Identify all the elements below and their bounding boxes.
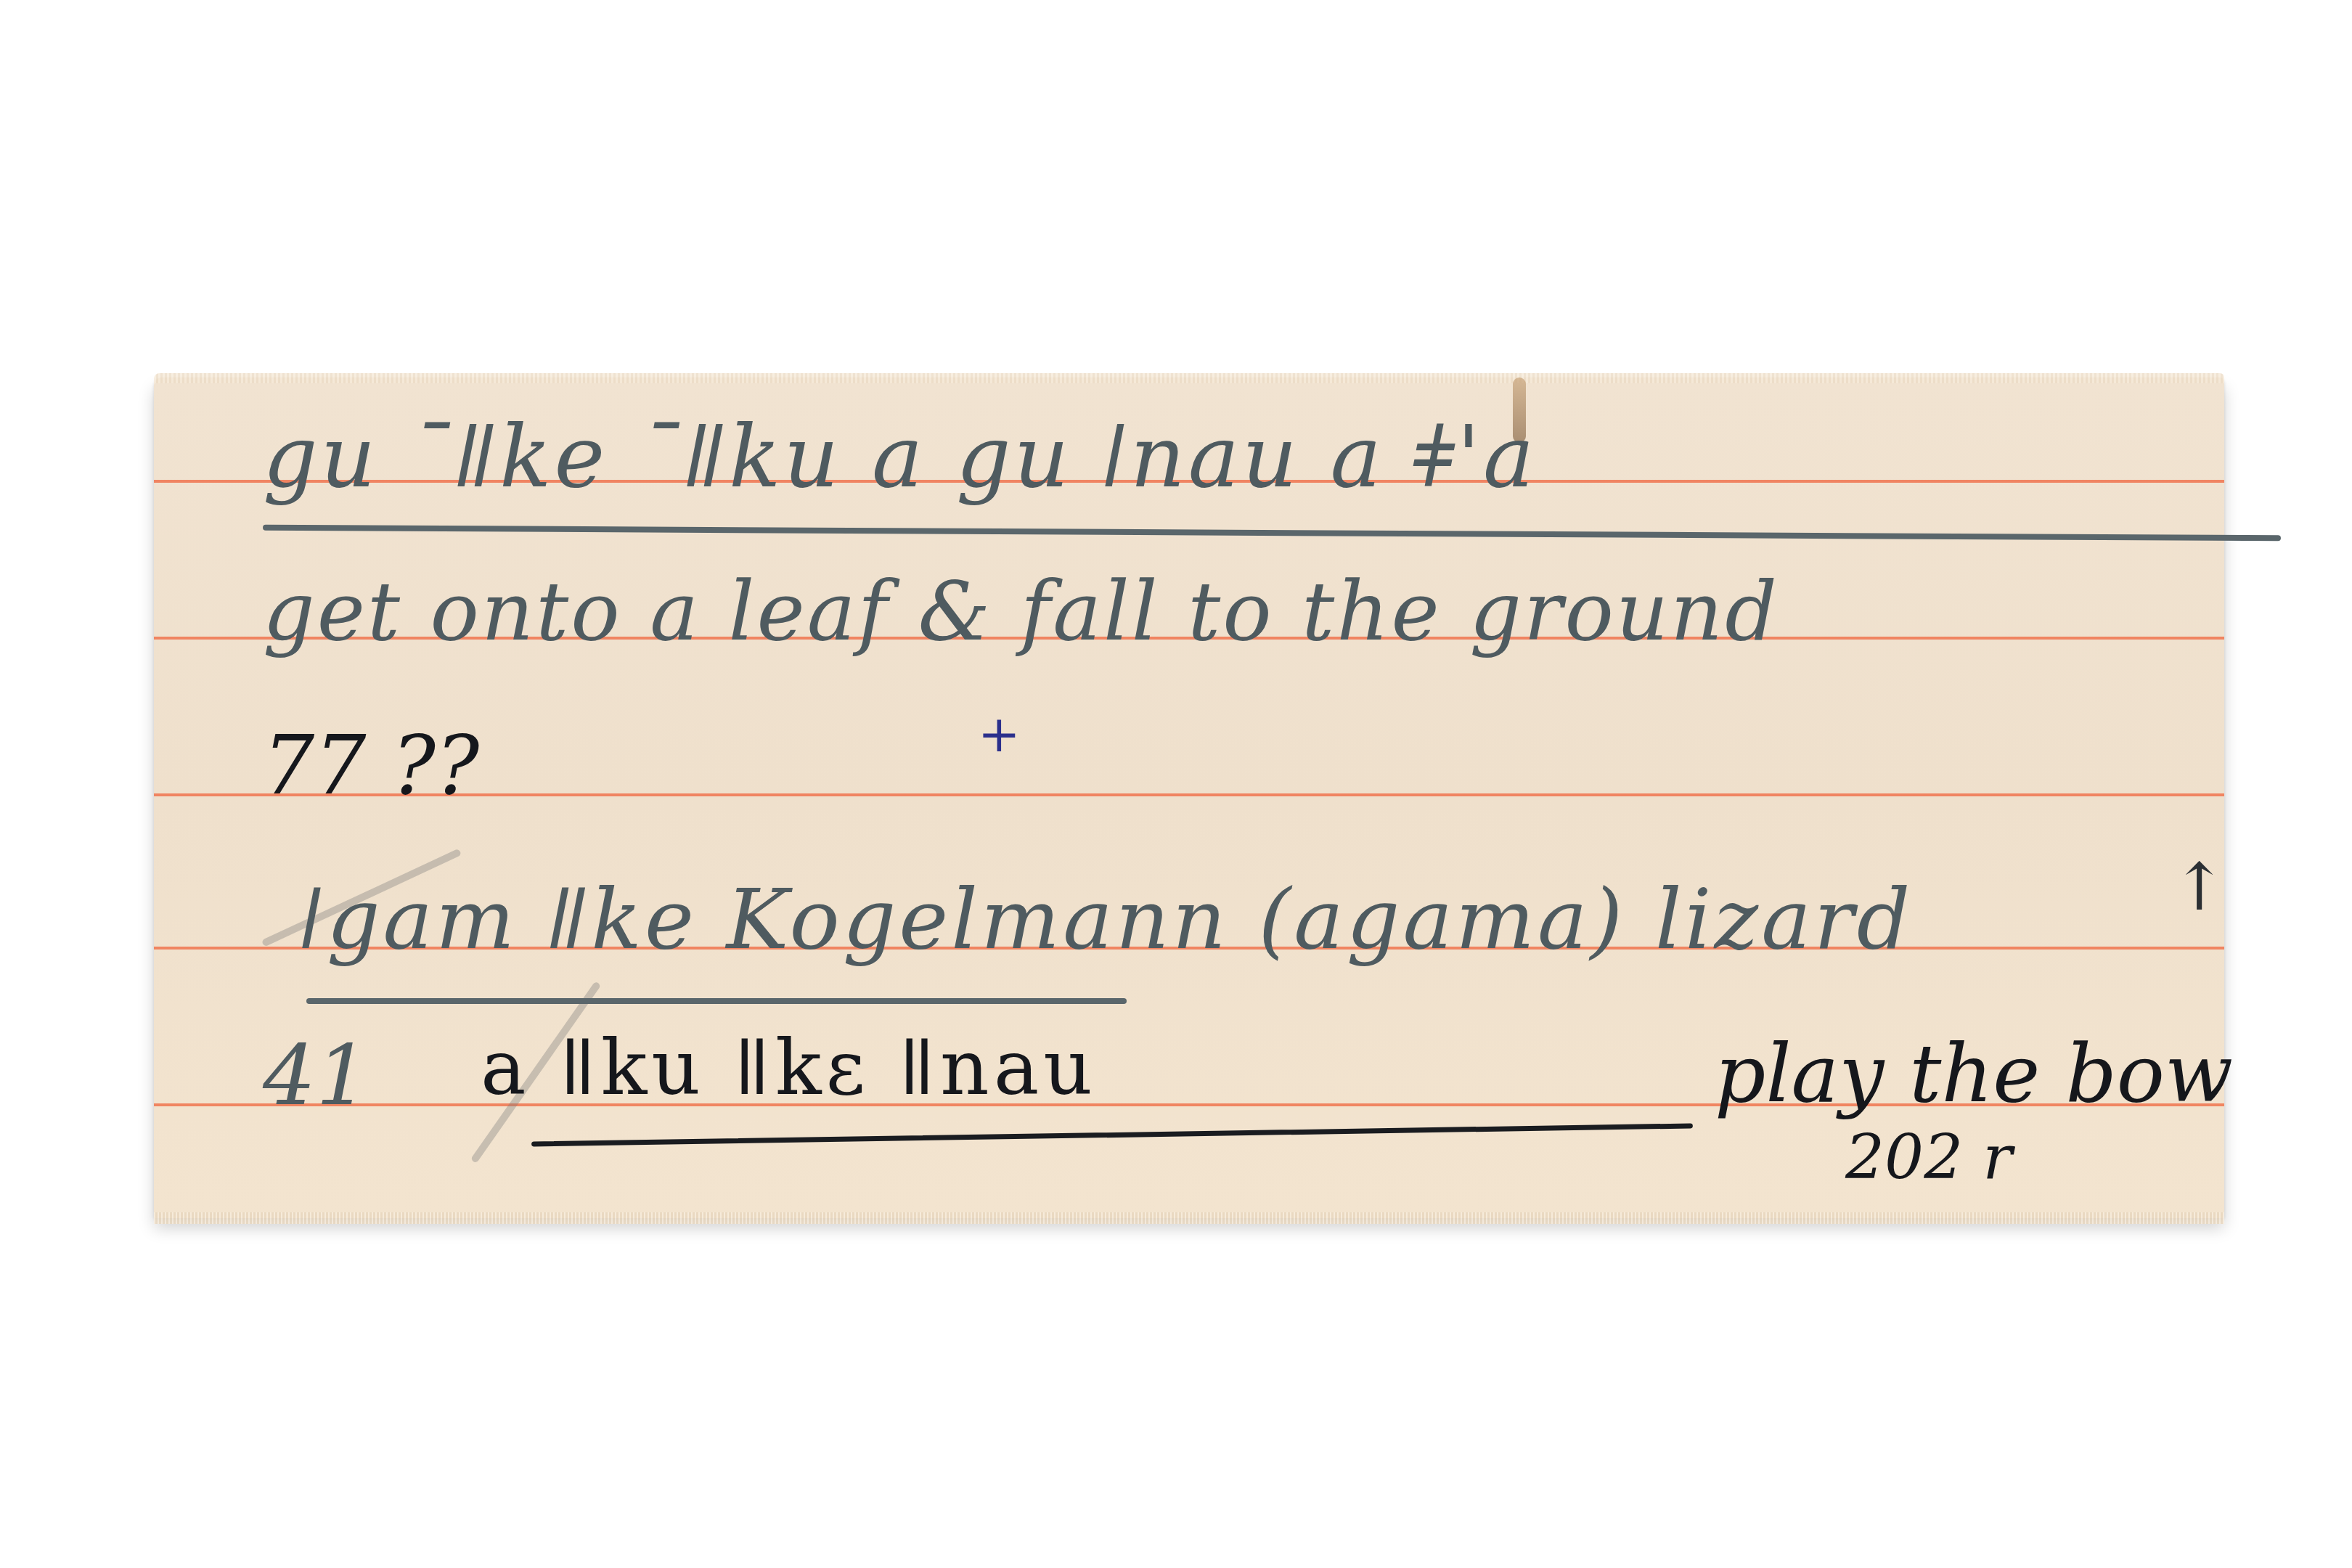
blue-cross-mark: +	[978, 704, 1021, 764]
arrow-up-icon: ↑	[2172, 849, 2226, 926]
underline-1	[263, 525, 2281, 542]
entry-number: 41	[263, 1027, 369, 1124]
page-reference: 202 r	[1845, 1122, 2012, 1193]
handwritten-line-3: 77 ??	[263, 719, 479, 813]
handwritten-line-2: get onto a leaf & fall to the ground	[263, 565, 1779, 659]
handwritten-line-4: ǀgam ǁke Kogelmann (agama) lizard	[299, 871, 1913, 968]
index-card: gu ¯ǁke ¯ǁku a gu ǀnau a ǂ'a get onto a …	[154, 377, 2224, 1218]
translation-line-5: play the bow	[1715, 1027, 2233, 1120]
underline-5	[531, 1123, 1693, 1146]
handwritten-line-1: gu ¯ǁke ¯ǁku a gu ǀnau a ǂ'a	[263, 407, 1537, 507]
underline-4	[306, 998, 1127, 1004]
handwritten-line-5: a ǁku ǁkɛ ǁnau	[481, 1024, 1097, 1112]
